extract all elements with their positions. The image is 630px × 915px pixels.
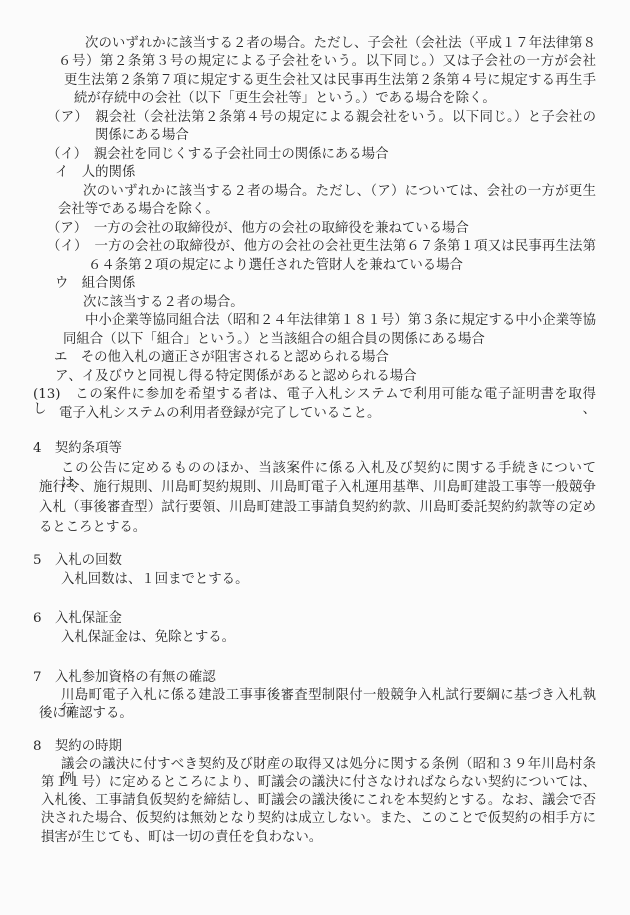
text-line: 第１１号）に定めるところにより、町議会の議決に付さなければならない契約については… (41, 775, 596, 790)
text-line: ア、イ及びウと同視し得る特定関係があると認められる場合 (55, 369, 417, 384)
text-line: 入札後、工事請負仮契約を締結し、町議会の議決後にこれを本契約とする。なお、議会で… (41, 793, 596, 808)
text-line: （イ） 一方の会社の取締役が、他方の会社の会社更生法第６７条第１項又は民事再生法… (47, 239, 596, 254)
text-line: 川島町電子入札に係る建設工事事後審査型制限付一般競争入札試行要綱に基づき入札執行 (61, 688, 596, 718)
text-line: 議会の議決に付すべき契約及び財産の取得又は処分に関する条例（昭和３９年川島村条例 (61, 757, 596, 787)
text-line: （イ） 親会社を同じくする子会社同士の関係にある場合 (47, 147, 388, 162)
text-line: 電子入札システムの利用者登録が完了していること。 (59, 406, 380, 421)
text-line: 会社等である場合を除く。 (58, 202, 219, 217)
text-line: 関係にある場合 (95, 128, 189, 143)
text-line: 中小企業等協同組合法（昭和２４年法律第１８１号）第３条に規定する中小企業等協 (85, 313, 596, 328)
text-line: ６４条第２項の規定により選任された管財人を兼ねている場合 (88, 258, 463, 273)
text-line: 6 入札保証金 (33, 611, 122, 626)
document-body: 次のいずれかに該当する２者の場合。ただし、子会社（会社法（平成１７年法律第８６号… (0, 0, 630, 915)
text-line: イ 人的関係 (55, 165, 135, 180)
section-6-bid-bond: 6 入札保証金入札保証金は、免除とする。 (0, 0, 630, 915)
qualification-relationship-clauses: 次のいずれかに該当する２者の場合。ただし、子会社（会社法（平成１７年法律第８６号… (0, 0, 630, 915)
text-line: 続が存続中の会社（以下「更生会社等」という。）である場合を除く。 (74, 91, 496, 106)
text-line: 次のいずれかに該当する２者の場合。ただし、子会社（会社法（平成１７年法律第８ (85, 36, 596, 51)
text-line: (13) この案件に参加を希望する者は、電子入札システムで利用可能な電子証明書を… (33, 387, 596, 417)
text-line: ６号）第２条第３号の規定による子会社をいう。以下同じ。）又は子会社の一方が会社 (58, 54, 596, 69)
notice-document-page: 次のいずれかに該当する２者の場合。ただし、子会社（会社法（平成１７年法律第８６号… (0, 0, 630, 915)
text-line: 8 契約の時期 (33, 739, 122, 754)
section-5-number-of-bids: 5 入札の回数入札回数は、１回までとする。 (0, 0, 630, 915)
text-line: 4 契約条項等 (33, 441, 122, 456)
text-line: 入札回数は、１回までとする。 (61, 572, 248, 587)
text-line: エ その他入札の適正さが阻害されると認められる場合 (54, 350, 389, 365)
section-4-contract-terms: 4 契約条項等この公告に定めるもののほか、当該案件に係る入札及び契約に関する手続… (0, 0, 630, 915)
section-8-contract-timing: 8 契約の時期議会の議決に付すべき契約及び財産の取得又は処分に関する条例（昭和３… (0, 0, 630, 915)
text-line: 損害が生じても、町は一切の責任を負わない。 (41, 830, 322, 845)
text-line: 次に該当する２者の場合。 (83, 295, 244, 310)
text-line: ウ 組合関係 (55, 276, 135, 291)
section-7-qualification-confirmation: 7 入札参加資格の有無の確認川島町電子入札に係る建設工事事後審査型制限付一般競争… (0, 0, 630, 915)
text-line: 更生法第２条第７項に規定する更生会社又は民事再生法第２条第４号に規定する再生手 (64, 73, 596, 88)
text-line: 入札（事後審査型）試行要領、川島町建設工事請負契約約款、川島町委託契約約款等の定… (39, 500, 596, 515)
text-line: 5 入札の回数 (33, 553, 122, 568)
text-line: るところとする。 (39, 520, 146, 535)
text-line: 同組合（以下「組合」という。）と当該組合の組合員の関係にある場合 (63, 332, 485, 347)
text-line: この公告に定めるもののほか、当該案件に係る入札及び契約に関する手続きについては、 (61, 461, 596, 491)
text-line: （ア） 一方の会社の取締役が、他方の会社の取締役を兼ねている場合 (47, 221, 469, 236)
text-line: 決された場合、仮契約は無効となり契約は成立しない。また、このことで仮契約の相手方… (41, 811, 596, 826)
text-line: 次のいずれかに該当する２者の場合。ただし、（ア）については、会社の一方が更生 (83, 184, 596, 199)
text-line: （ア） 親会社（会社法第２条第４号の規定による親会社をいう。以下同じ。）と子会社… (47, 110, 596, 125)
text-line: 施行令、施行規則、川島町契約規則、川島町電子入札運用基準、川島町建設工事等一般競… (39, 480, 596, 495)
text-line: 入札保証金は、免除とする。 (61, 630, 235, 645)
text-line: 後に確認する。 (39, 706, 133, 721)
text-line: 7 入札参加資格の有無の確認 (33, 670, 216, 685)
